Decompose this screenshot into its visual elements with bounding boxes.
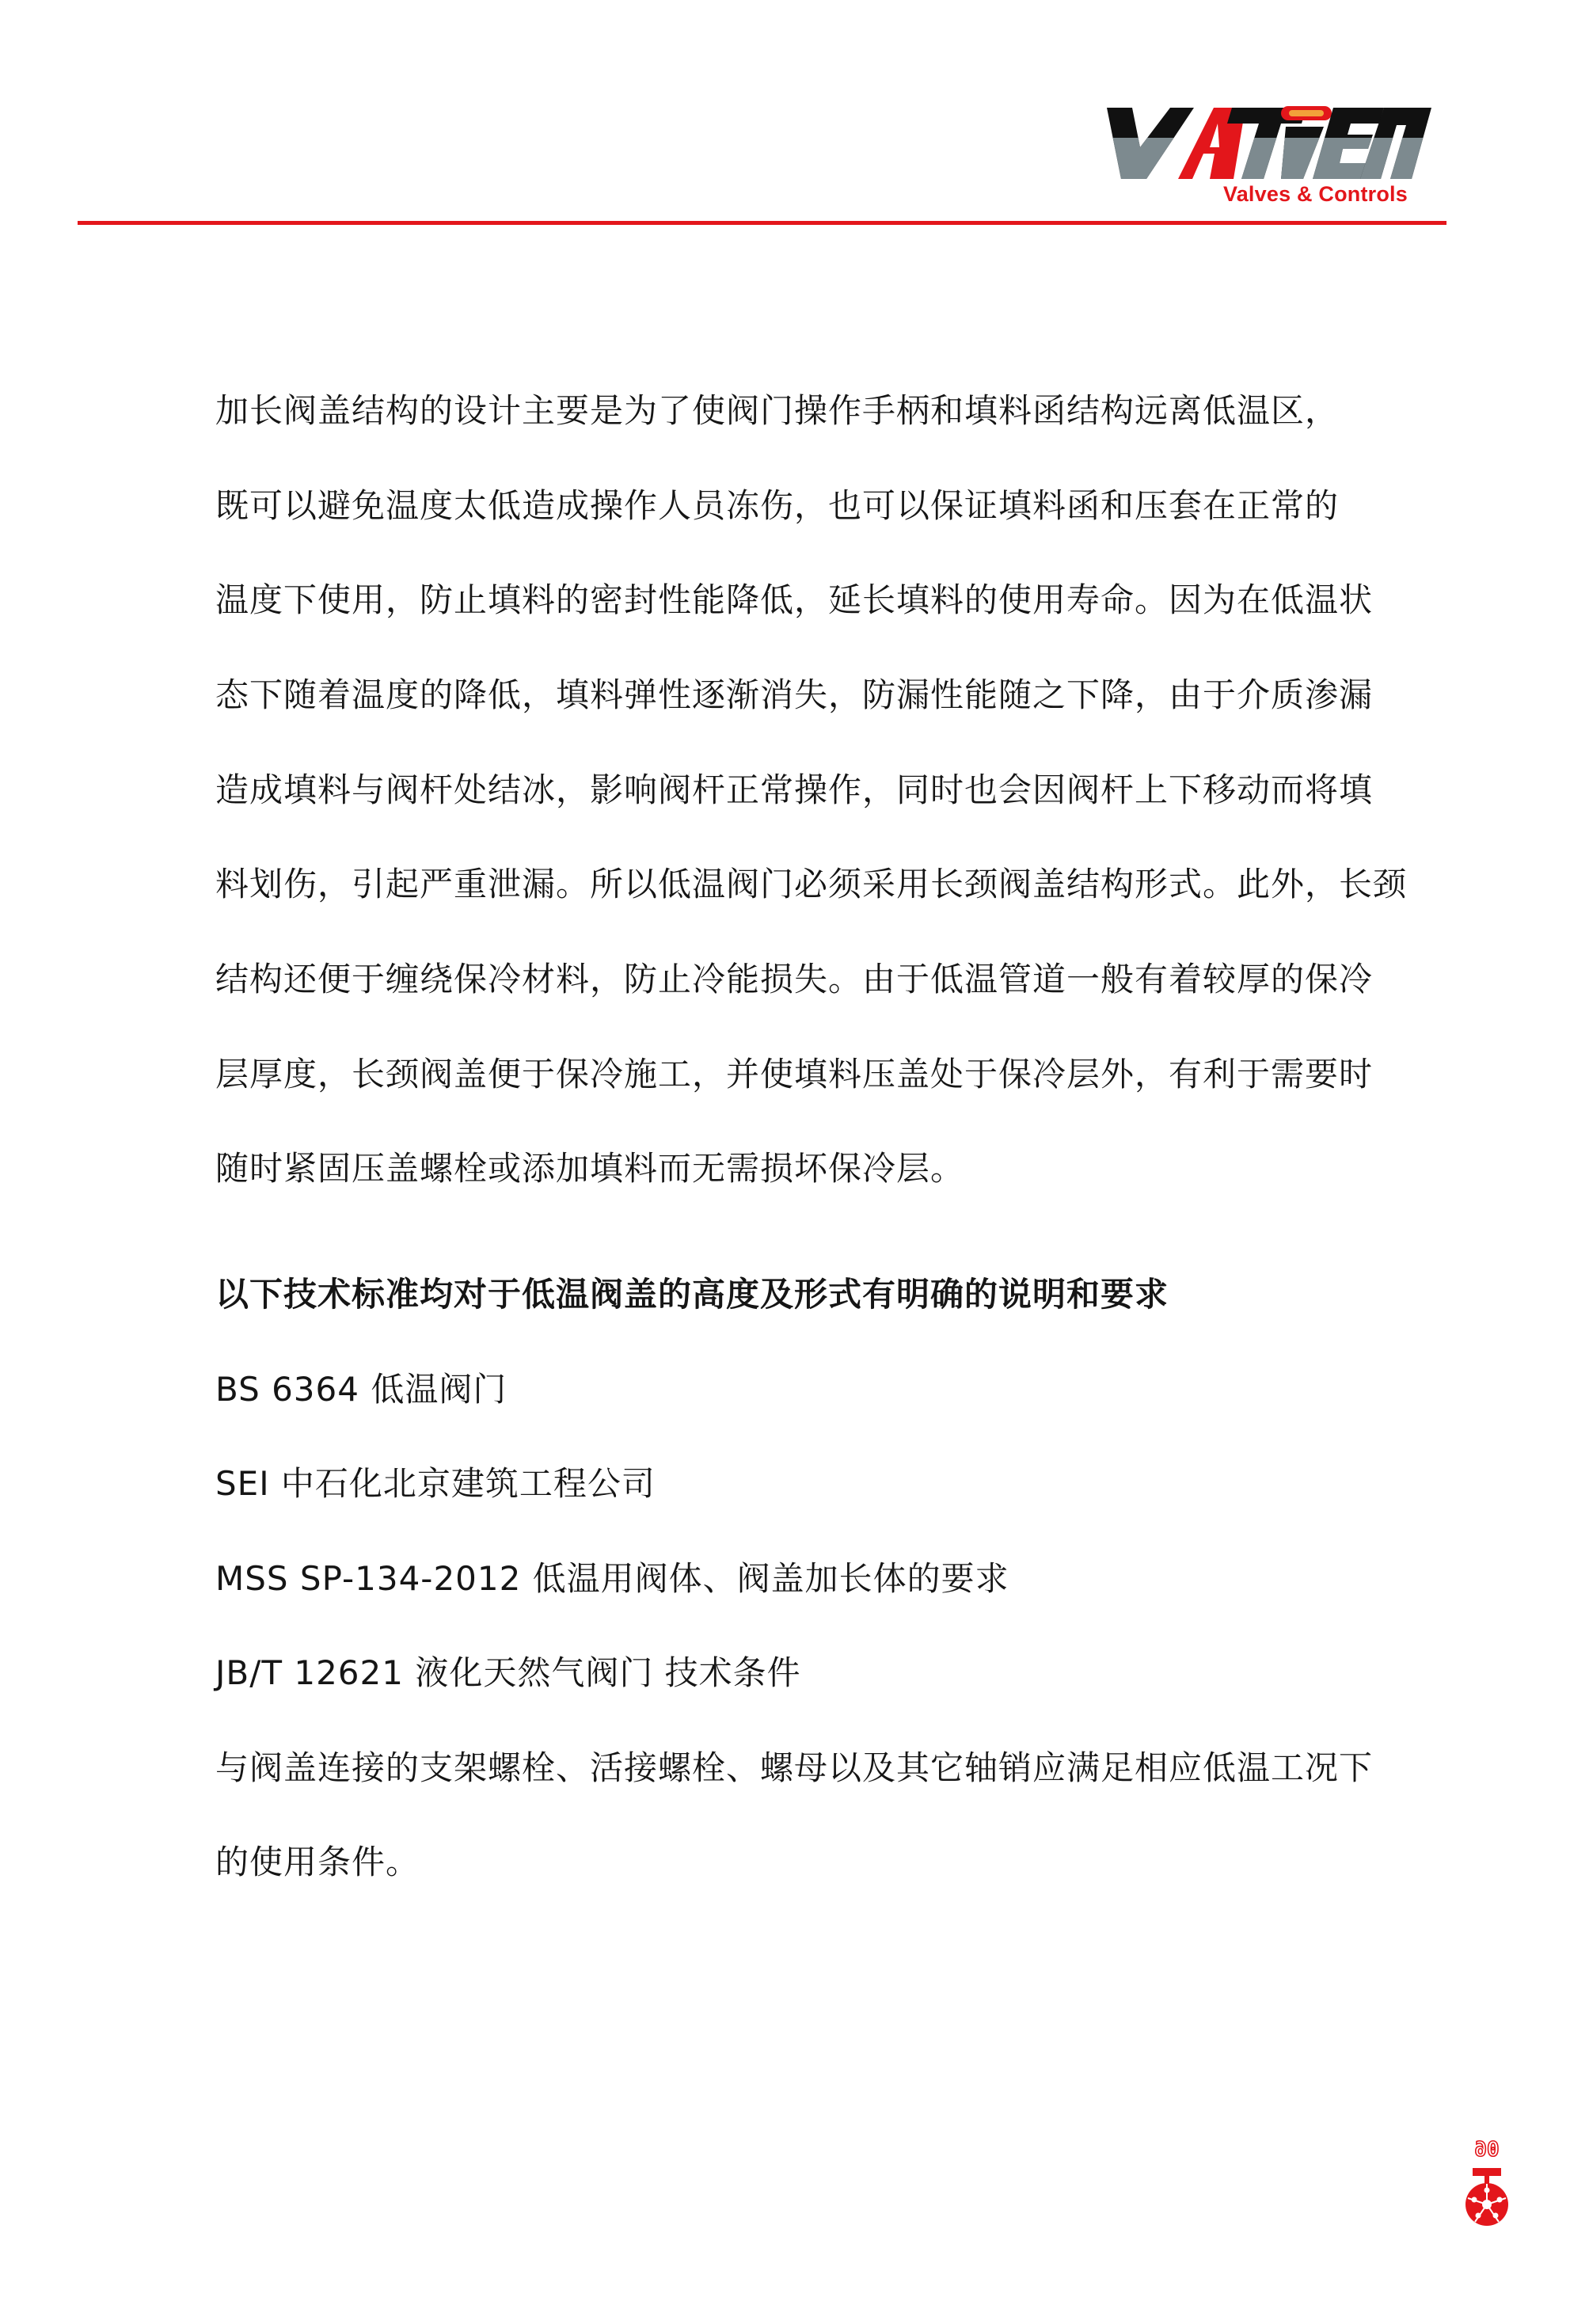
paragraph-line: 温度下使用，防止填料的密封性能降低，延长填料的使用寿命。因为在低温状 (215, 576, 1373, 624)
standard-item: JB/T 12621 液化天然气阀门 技术条件 (215, 1649, 801, 1697)
paragraph-line: 加长阀盖结构的设计主要是为了使阀门操作手柄和填料函结构远离低温区， (215, 387, 1339, 435)
closing-line: 与阀盖连接的支架螺栓、活接螺栓、螺母以及其它轴销应满足相应低温工况下 (215, 1744, 1373, 1792)
paragraph-line: 随时紧固压盖螺栓或添加填料而无需损坏保冷层。 (215, 1145, 964, 1192)
paragraph-line: 层厚度，长颈阀盖便于保冷施工，并使填料压盖处于保冷层外，有利于需要时 (215, 1051, 1373, 1098)
valve-handwheel-icon (1462, 2166, 1512, 2230)
closing-line: 的使用条件。 (215, 1839, 420, 1886)
paragraph-line: 料划伤，引起严重泄漏。所以低温阀门必须采用长颈阀盖结构形式。此外，长颈 (215, 861, 1407, 908)
header-rule (78, 221, 1446, 225)
standard-item: BS 6364 低温阀门 (215, 1366, 507, 1413)
page-badge: 06 (1455, 2138, 1519, 2233)
standard-item: MSS SP-134-2012 低温用阀体、阀盖加长体的要求 (215, 1555, 1009, 1603)
vatten-wordmark-icon (1099, 100, 1439, 187)
paragraph-line: 既可以避免温度太低造成操作人员冻伤，也可以保证填料函和压套在正常的 (215, 482, 1339, 530)
standards-heading: 以下技术标准均对于低温阀盖的高度及形式有明确的说明和要求 (215, 1271, 1169, 1318)
paragraph-line: 造成填料与阀杆处结冰，影响阀杆正常操作，同时也会因阀杆上下移动而将填 (215, 766, 1373, 814)
paragraph-line: 结构还便于缠绕保冷材料，防止冷能损失。由于低温管道一般有着较厚的保冷 (215, 956, 1373, 1003)
standard-item: SEI 中石化北京建筑工程公司 (215, 1460, 656, 1508)
logo-tagline: Valves & Controls (1223, 182, 1408, 207)
paragraph-line: 态下随着温度的降低，填料弹性逐渐消失，防漏性能随之下降，由于介质渗漏 (215, 671, 1373, 719)
page-number: 06 (1455, 2138, 1519, 2162)
